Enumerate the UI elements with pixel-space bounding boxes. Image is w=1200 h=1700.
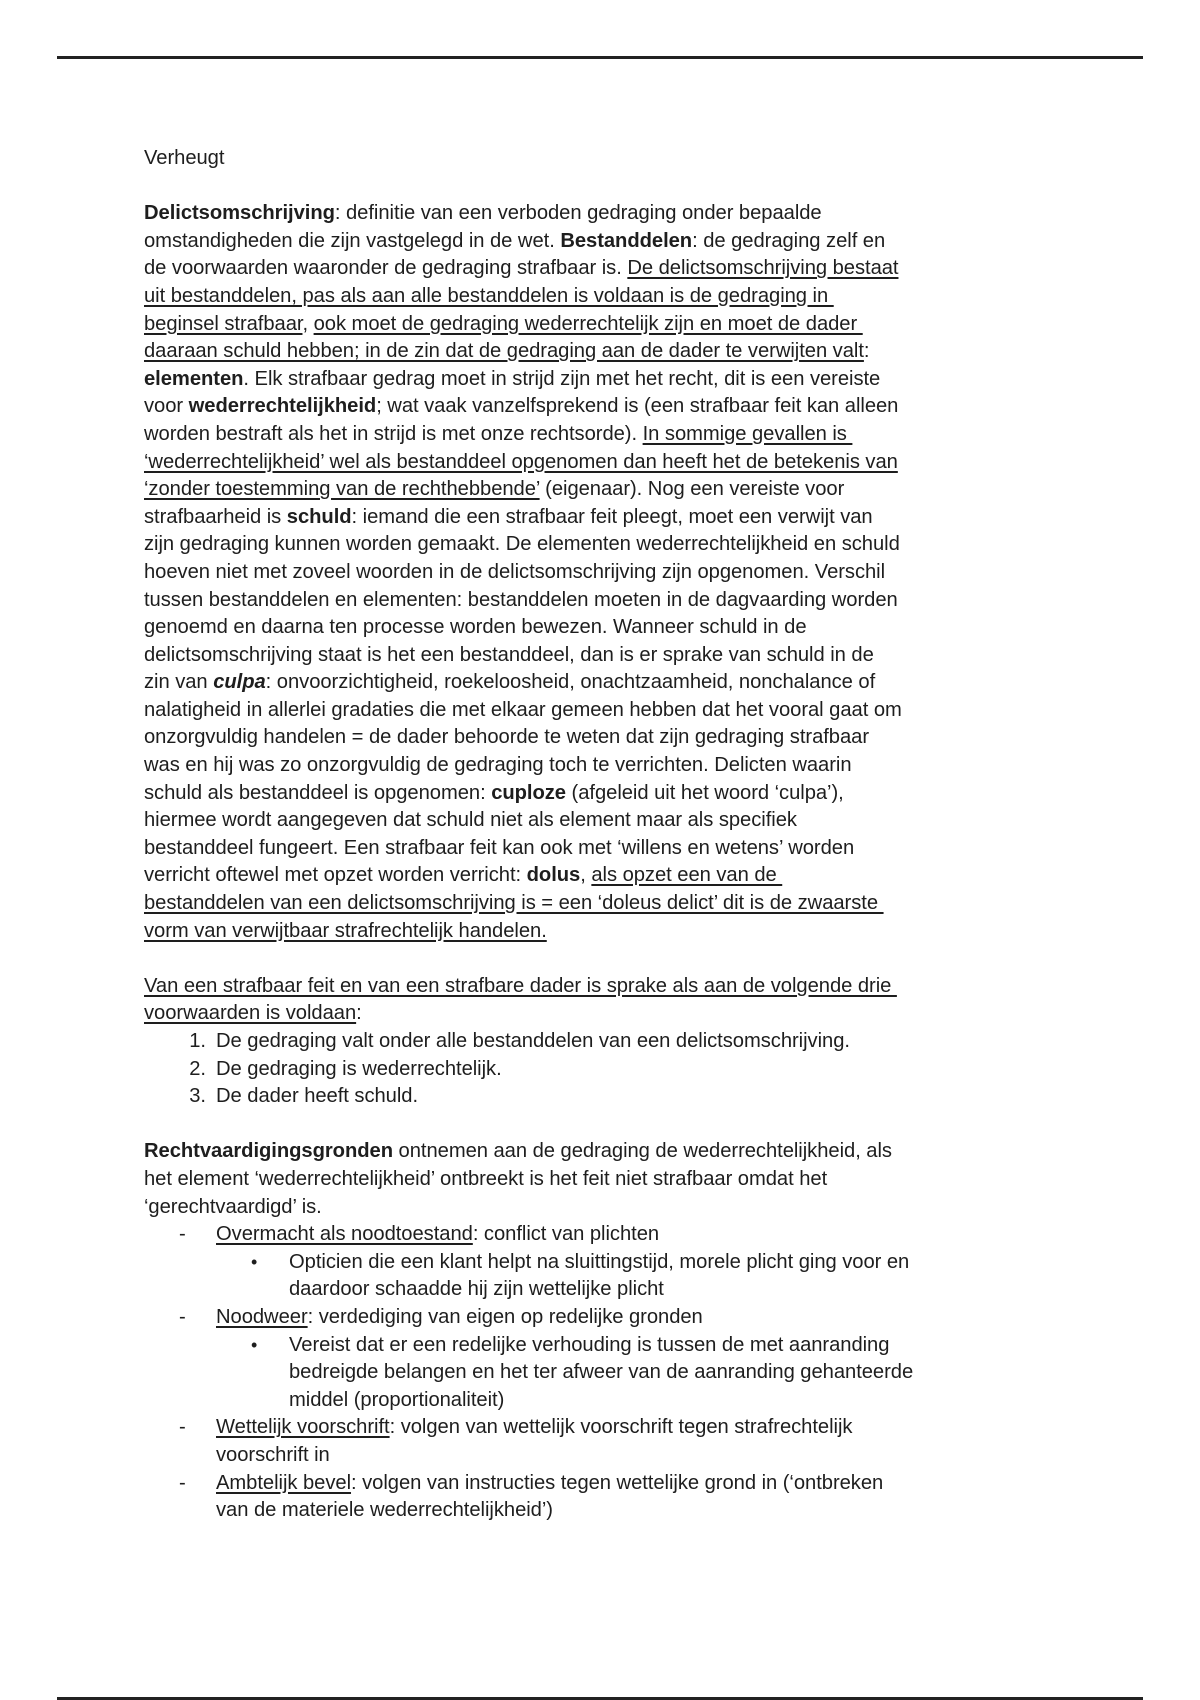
justification-term: Noodweer (216, 1306, 308, 1328)
text-run: : onvoorzichtigheid, roekeloosheid, onac… (266, 671, 875, 693)
item-description: : verdediging van eigen op redelijke gro… (308, 1306, 703, 1328)
underlined-text: bestanddelen van een delictsomschrijving… (144, 892, 884, 914)
underlined-text: voorwaarden is voldaan (144, 1002, 356, 1024)
text-run: onzorgvuldig handelen = de dader behoord… (144, 726, 869, 748)
bold-term: Rechtvaardigingsgronden (144, 1140, 393, 1162)
text-run: omstandigheden die zijn vastgelegd in de… (144, 230, 560, 252)
item-line: van de materiele wederrechtelijkheid’) (216, 1497, 1074, 1525)
text-line: nalatigheid in allerlei gradaties die me… (144, 697, 1074, 725)
list-number: 2. (180, 1056, 206, 1084)
text-line: zijn gedraging kunnen worden gemaakt. De… (144, 531, 1074, 559)
sub-item-line: Vereist dat er een redelijke verhouding … (289, 1332, 1074, 1360)
sub-bullet-item: •Opticien die een klant helpt na sluitti… (144, 1249, 1074, 1304)
item-description: : volgen van instructies tegen wettelijk… (351, 1472, 883, 1494)
text-line: Rechtvaardigingsgronden ontnemen aan de … (144, 1138, 1074, 1166)
text-run: worden bestraft als het in strijd is met… (144, 423, 643, 445)
text-line: was en hij was zo onzorgvuldig de gedrag… (144, 752, 1074, 780)
text-line: zin van culpa: onvoorzichtigheid, roekel… (144, 669, 1074, 697)
text-run: zijn gedraging kunnen worden gemaakt. De… (144, 533, 900, 555)
text-run: beginsel strafbaar (144, 313, 302, 335)
text-run: zin van (144, 671, 213, 693)
text-run: tussen bestanddelen en elementen: bestan… (144, 589, 898, 611)
conditions-intro: Van een strafbaar feit en van een strafb… (144, 973, 1074, 1028)
numbered-list-item: 2.De gedraging is wederrechtelijk. (144, 1056, 1074, 1084)
text-line: hiermee wordt aangegeven dat schuld niet… (144, 807, 1074, 835)
item-line: Wettelijk voorschrift: volgen van wettel… (216, 1414, 1074, 1442)
list-number: 3. (180, 1083, 206, 1111)
bold-term: schuld (287, 506, 352, 528)
text-line: genoemd en daarna ten processe worden be… (144, 614, 1074, 642)
justification-list: -Overmacht als noodtoestand: conflict va… (144, 1221, 1074, 1525)
justification-item: -Overmacht als noodtoestand: conflict va… (144, 1221, 1074, 1249)
text-line: de voorwaarden waaronder de gedraging st… (144, 255, 1074, 283)
dash-bullet-icon: - (179, 1414, 186, 1442)
text-line: het element ‘wederrechtelijkheid’ ontbre… (144, 1166, 1074, 1194)
text-run: nalatigheid in allerlei gradaties die me… (144, 699, 902, 721)
bullet-dot-icon: • (251, 1332, 257, 1360)
bold-term: cuploze (491, 782, 566, 804)
text-run: : (864, 340, 870, 362)
text-run: ook moet de gedraging wederrechtelijk zi… (314, 313, 863, 335)
text-run: strafbaarheid is (144, 506, 287, 528)
sub-item-line: daardoor schaadde hij zijn wettelijke pl… (289, 1276, 1074, 1304)
text-run: uit bestanddelen, pas als aan alle besta… (144, 285, 834, 307)
text-run: De delictsomschrijving bestaat (627, 257, 898, 279)
text-run: , (302, 313, 313, 335)
underlined-text: als opzet een van de (591, 864, 782, 886)
text-run: (afgeleid uit het woord ‘culpa’), (566, 782, 844, 804)
item-description: : volgen van wettelijk voorschrift tegen… (390, 1416, 853, 1438)
underlined-text: daaraan schuld hebben; in de zin dat de … (144, 340, 864, 362)
text-line: schuld als bestanddeel is opgenomen: cup… (144, 780, 1074, 808)
dash-bullet-icon: - (179, 1221, 186, 1249)
text-line: vorm van verwijtbaar strafrechtelijk han… (144, 918, 1074, 946)
text-line: Van een strafbaar feit en van een strafb… (144, 973, 1074, 1001)
text-run: was en hij was zo onzorgvuldig de gedrag… (144, 754, 852, 776)
text-line: onzorgvuldig handelen = de dader behoord… (144, 724, 1074, 752)
list-item-text: De dader heeft schuld. (216, 1085, 418, 1107)
justification-item: -Noodweer: verdediging van eigen op rede… (144, 1304, 1074, 1332)
text-line: bestanddeel fungeert. Een strafbaar feit… (144, 835, 1074, 863)
text-run: hoeven niet met zoveel woorden in de del… (144, 561, 885, 583)
underlined-text: uit bestanddelen, pas als aan alle besta… (144, 285, 834, 307)
header-rule (57, 56, 1143, 59)
underlined-text: ‘zonder toestemming van de rechthebbende… (144, 478, 540, 500)
text-run: . Elk strafbaar gedrag moet in strijd zi… (243, 368, 880, 390)
bullet-dot-icon: • (251, 1249, 257, 1277)
text-run: : de gedraging zelf en (692, 230, 885, 252)
text-line: worden bestraft als het in strijd is met… (144, 421, 1074, 449)
text-run: verricht oftewel met opzet worden verric… (144, 864, 527, 886)
bold-term: Delictsomschrijving (144, 202, 335, 224)
underlined-text: De delictsomschrijving bestaat (627, 257, 898, 279)
text-line: voorwaarden is voldaan: (144, 1000, 1074, 1028)
document-heading: Verheugt (144, 145, 1074, 173)
text-line: verricht oftewel met opzet worden verric… (144, 862, 1074, 890)
text-run: : definitie van een verboden gedraging o… (335, 202, 822, 224)
underlined-text: beginsel strafbaar (144, 313, 302, 335)
item-line: Overmacht als noodtoestand: conflict van… (216, 1221, 1074, 1249)
underlined-text: In sommige gevallen is (643, 423, 853, 445)
sub-bullet-item: •Vereist dat er een redelijke verhouding… (144, 1332, 1074, 1415)
conditions-list: 1.De gedraging valt onder alle bestandde… (144, 1028, 1074, 1111)
text-line: strafbaarheid is schuld: iemand die een … (144, 504, 1074, 532)
text-line: hoeven niet met zoveel woorden in de del… (144, 559, 1074, 587)
text-run: genoemd en daarna ten processe worden be… (144, 616, 807, 638)
text-run: voorwaarden is voldaan (144, 1002, 356, 1024)
item-line: Noodweer: verdediging van eigen op redel… (216, 1304, 1074, 1332)
text-run: daaraan schuld hebben; in de zin dat de … (144, 340, 864, 362)
text-line: Delictsomschrijving: definitie van een v… (144, 200, 1074, 228)
text-run: het element ‘wederrechtelijkheid’ ontbre… (144, 1168, 827, 1190)
text-run: ‘wederrechtelijkheid’ wel als bestanddee… (144, 451, 898, 473)
list-item-text: De gedraging valt onder alle bestanddele… (216, 1030, 850, 1052)
text-line: bestanddelen van een delictsomschrijving… (144, 890, 1074, 918)
item-description: : conflict van plichten (473, 1223, 659, 1245)
underlined-text: ook moet de gedraging wederrechtelijk zi… (314, 313, 863, 335)
text-run: voor (144, 395, 189, 417)
text-run: (eigenaar). Nog een vereiste voor (540, 478, 845, 500)
text-run: , (580, 864, 591, 886)
text-line: elementen. Elk strafbaar gedrag moet in … (144, 366, 1074, 394)
bold-term: elementen (144, 368, 243, 390)
item-line: Ambtelijk bevel: volgen van instructies … (216, 1470, 1074, 1498)
text-line: ‘gerechtvaardigd’ is. (144, 1194, 1074, 1222)
text-line: daaraan schuld hebben; in de zin dat de … (144, 338, 1074, 366)
spacer (144, 1111, 1074, 1139)
text-run: als opzet een van de (591, 864, 782, 886)
text-run: ‘gerechtvaardigd’ is. (144, 1196, 322, 1218)
bold-term: wederrechtelijkheid (189, 395, 377, 417)
bold-term: dolus (527, 864, 581, 886)
text-line: ‘zonder toestemming van de rechthebbende… (144, 476, 1074, 504)
sub-item-line: middel (proportionaliteit) (289, 1387, 1074, 1415)
text-run: bestanddelen van een delictsomschrijving… (144, 892, 884, 914)
dash-bullet-icon: - (179, 1304, 186, 1332)
text-run: ; wat vaak vanzelfsprekend is (een straf… (376, 395, 898, 417)
list-number: 1. (180, 1028, 206, 1056)
justification-item: -Wettelijk voorschrift: volgen van wette… (144, 1414, 1074, 1469)
text-line: ‘wederrechtelijkheid’ wel als bestanddee… (144, 449, 1074, 477)
underlined-text: ‘wederrechtelijkheid’ wel als bestanddee… (144, 451, 898, 473)
justification-term: Wettelijk voorschrift (216, 1416, 390, 1438)
text-run: de voorwaarden waaronder de gedraging st… (144, 257, 627, 279)
item-line: voorschrift in (216, 1442, 1074, 1470)
text-run: : iemand die een strafbaar feit pleegt, … (352, 506, 873, 528)
item-description: voorschrift in (216, 1444, 330, 1466)
document-page: Verheugt Delictsomschrijving: definitie … (144, 145, 1074, 1525)
text-run: : (356, 1002, 362, 1024)
spacer (144, 945, 1074, 973)
bold-italic-term: culpa (213, 671, 265, 693)
justification-term: Overmacht als noodtoestand (216, 1223, 473, 1245)
underlined-text: Van een strafbaar feit en van een strafb… (144, 975, 897, 997)
text-line: uit bestanddelen, pas als aan alle besta… (144, 283, 1074, 311)
text-run: Van een strafbaar feit en van een strafb… (144, 975, 897, 997)
text-run: ontnemen aan de gedraging de wederrechte… (393, 1140, 892, 1162)
list-item-text: De gedraging is wederrechtelijk. (216, 1058, 502, 1080)
spacer (144, 173, 1074, 201)
numbered-list-item: 3.De dader heeft schuld. (144, 1083, 1074, 1111)
text-run: delictsomschrijving staat is het een bes… (144, 644, 874, 666)
text-run: vorm van verwijtbaar strafrechtelijk han… (144, 920, 547, 942)
justification-term: Ambtelijk bevel (216, 1472, 351, 1494)
text-line: beginsel strafbaar, ook moet de gedragin… (144, 311, 1074, 339)
text-run: In sommige gevallen is (643, 423, 853, 445)
sub-item-line: bedreigde belangen en het ter afweer van… (289, 1359, 1074, 1387)
paragraph-delictsomschrijving: Delictsomschrijving: definitie van een v… (144, 200, 1074, 945)
text-run: hiermee wordt aangegeven dat schuld niet… (144, 809, 797, 831)
text-run: schuld als bestanddeel is opgenomen: (144, 782, 491, 804)
text-line: omstandigheden die zijn vastgelegd in de… (144, 228, 1074, 256)
justification-intro: Rechtvaardigingsgronden ontnemen aan de … (144, 1138, 1074, 1221)
bold-term: Bestanddelen (560, 230, 692, 252)
text-line: tussen bestanddelen en elementen: bestan… (144, 587, 1074, 615)
text-line: voor wederrechtelijkheid; wat vaak vanze… (144, 393, 1074, 421)
text-line: delictsomschrijving staat is het een bes… (144, 642, 1074, 670)
justification-item: -Ambtelijk bevel: volgen van instructies… (144, 1470, 1074, 1525)
underlined-text: vorm van verwijtbaar strafrechtelijk han… (144, 920, 547, 942)
text-run: ‘zonder toestemming van de rechthebbende… (144, 478, 540, 500)
dash-bullet-icon: - (179, 1470, 186, 1498)
text-run: bestanddeel fungeert. Een strafbaar feit… (144, 837, 854, 859)
numbered-list-item: 1.De gedraging valt onder alle bestandde… (144, 1028, 1074, 1056)
item-description: van de materiele wederrechtelijkheid’) (216, 1499, 553, 1521)
sub-item-line: Opticien die een klant helpt na sluittin… (289, 1249, 1074, 1277)
